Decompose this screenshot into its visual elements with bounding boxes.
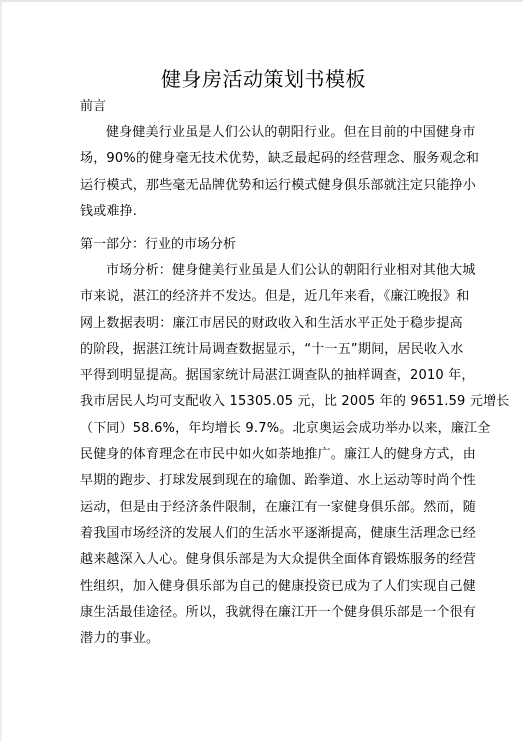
paragraph-line: 潜力的事业。: [80, 626, 452, 652]
paragraph-line: 康生活最佳途径。所以，我就得在廉江开一个健身俱乐部是一个很有: [80, 600, 452, 626]
paragraph-line: （下同）58.6%，年均增长 9.7%。北京奥运会成功举办以来，廉江全: [80, 416, 452, 442]
paragraph-line: 性组织，加入健身俱乐部为自己的健康投资已成为了人们实现自己健: [80, 574, 452, 600]
document-page: 健身房活动策划书模板 前言 健身健美行业虽是人们公认的朝阳行业。但在目前的中国健…: [0, 0, 523, 741]
paragraph-line: 平得到明显提高。据国家统计局湛江调查队的抽样调查，2010 年，: [80, 363, 452, 389]
paragraph-line: 网上数据表明：廉江市居民的财政收入和生活水平正处于稳步提高: [80, 311, 452, 337]
paragraph-line: 运动，但是由于经济条件限制，在廉江有一家健身俱乐部。然而，随: [80, 495, 452, 521]
section-heading-market-analysis: 第一部分：行业的市场分析: [80, 236, 236, 254]
market-analysis-paragraph: 市场分析：健身健美行业虽是人们公认的朝阳行业相对其他大城 市来说，湛江的经济并不…: [80, 258, 452, 652]
document-title: 健身房活动策划书模板: [2, 66, 523, 92]
paragraph-line: 早期的跑步、打球发展到现在的瑜伽、跆拳道、水上运动等时尚个性: [80, 468, 452, 494]
paragraph-line: 运行模式，那些毫无品牌优势和运行模式健身俱乐部就注定只能挣小: [80, 173, 452, 199]
paragraph-line: 市场分析：健身健美行业虽是人们公认的朝阳行业相对其他大城: [80, 258, 452, 284]
paragraph-line: 健身健美行业虽是人们公认的朝阳行业。但在目前的中国健身市: [80, 120, 452, 146]
paragraph-line: 场，90%的健身毫无技术优势，缺乏最起码的经营理念、服务观念和: [80, 146, 452, 172]
paragraph-line: 越来越深入人心。健身俱乐部是为大众提供全面体育锻炼服务的经营: [80, 547, 452, 573]
paragraph-line: 着我国市场经济的发展人们的生活水平逐渐提高，健康生活理念已经: [80, 521, 452, 547]
paragraph-line: 我市居民人均可支配收入 15305.05 元，比 2005 年的 9651.59…: [80, 389, 452, 415]
paragraph-line: 民健身的体育理念在市民中如火如荼地推广。廉江人的健身方式，由: [80, 442, 452, 468]
section-heading-preface: 前言: [80, 98, 106, 116]
paragraph-line: 的阶段，据湛江统计局调查数据显示，“十一五”期间，居民收入水: [80, 337, 452, 363]
paragraph-line: 钱或难挣.: [80, 199, 452, 225]
paragraph-line: 市来说，湛江的经济并不发达。但是，近几年来看，《廉江晚报》和: [80, 284, 452, 310]
preface-paragraph: 健身健美行业虽是人们公认的朝阳行业。但在目前的中国健身市 场，90%的健身毫无技…: [80, 120, 452, 225]
